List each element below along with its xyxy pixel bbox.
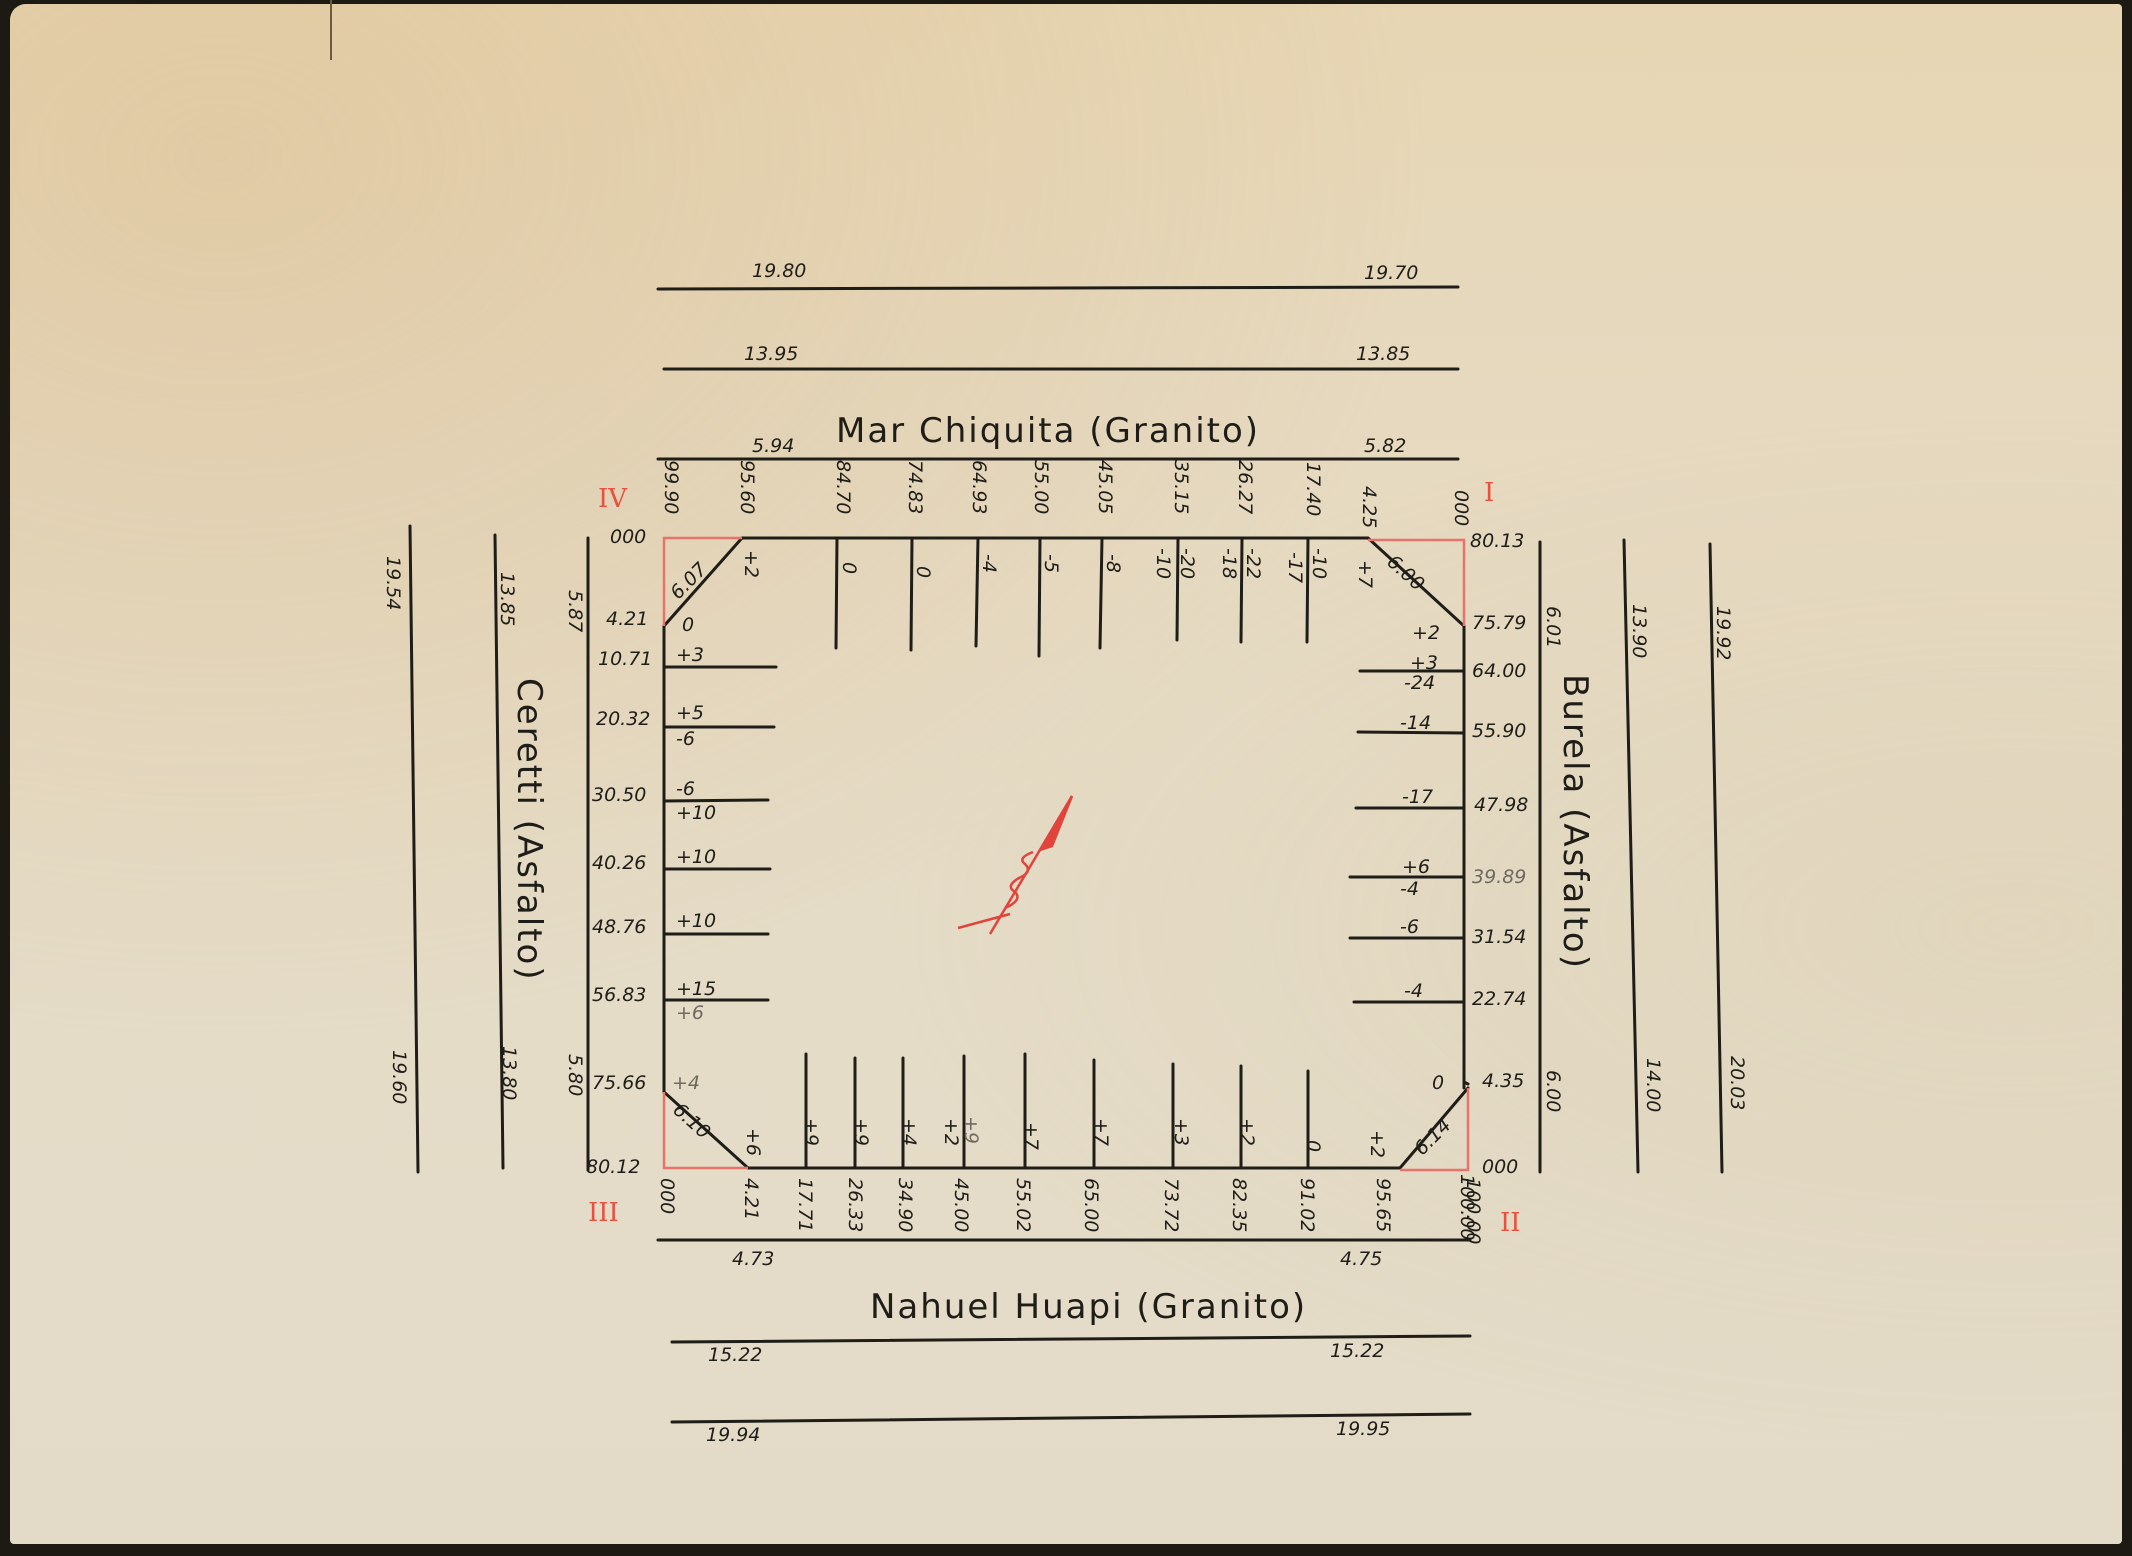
north-middle-left-value: 13.95 (744, 345, 798, 364)
east-mark: 0 (1432, 1074, 1444, 1093)
street-name-west: Ceretti (Asfalto) (512, 678, 546, 982)
street-name-south: Nahuel Huapi (Granito) (870, 1290, 1307, 1324)
east-mark: -14 (1400, 714, 1431, 733)
south-station: 45.00 (951, 1178, 970, 1232)
street-name-east: Burela (Asfalto) (1558, 674, 1592, 970)
south-station: 17.71 (795, 1178, 814, 1232)
south-mark: +6 (743, 1128, 762, 1156)
east-middle-bottom-value: 14.00 (1643, 1058, 1662, 1112)
south-mark: +7 (1021, 1122, 1040, 1150)
west-mark: -6 (676, 730, 695, 749)
east-station: 22.74 (1472, 990, 1526, 1009)
east-station: 39.89 (1472, 868, 1526, 887)
east-station: 4.35 (1482, 1072, 1524, 1091)
north-station: 4.25 (1359, 486, 1378, 528)
west-outer-bottom-value: 19.60 (389, 1050, 408, 1104)
north-outer-right-value: 19.70 (1364, 264, 1418, 283)
west-station: 48.76 (592, 918, 646, 937)
south-mark: +2 (1237, 1118, 1256, 1146)
west-mark: +4 (672, 1074, 700, 1093)
south-outer-left-value: 19.94 (706, 1426, 760, 1445)
north-station: 84.70 (833, 460, 852, 514)
south-mark: +2 (1367, 1130, 1386, 1158)
south-mark: 0 (1303, 1140, 1322, 1152)
north-station: 45.05 (1095, 460, 1114, 514)
east-inner-top-value: 6.01 (1543, 606, 1562, 648)
east-station: 64.00 (1472, 662, 1526, 681)
east-mark: +6 (1402, 858, 1430, 877)
west-station: 56.83 (592, 986, 646, 1005)
south-station: 4.21 (741, 1178, 760, 1220)
south-mark: +9 (801, 1118, 820, 1146)
corner-label-iii: III (588, 1200, 619, 1226)
south-station: 55.02 (1013, 1178, 1032, 1232)
west-mark: 0 (682, 616, 694, 635)
south-outer-right-value: 19.95 (1336, 1420, 1390, 1439)
south-mark: +7 (1091, 1118, 1110, 1146)
north-middle-right-value: 13.85 (1356, 345, 1410, 364)
south-station: 34.90 (895, 1178, 914, 1232)
west-station: 40.26 (592, 854, 646, 873)
north-station: 74.83 (905, 460, 924, 514)
south-station: 91.02 (1297, 1178, 1316, 1232)
south-mark: +9 (851, 1118, 870, 1146)
north-station: 55.00 (1031, 460, 1050, 514)
corner-iii-bottom-value: 000 (657, 1178, 676, 1214)
north-inner-right-value: 5.82 (1364, 437, 1406, 456)
east-mark: -6 (1400, 918, 1419, 937)
corner-label-ii: II (1500, 1210, 1521, 1236)
north-mark: -10 (1153, 548, 1172, 579)
east-station: 75.79 (1472, 614, 1526, 633)
west-station: 10.71 (598, 650, 652, 669)
north-station: 64.93 (969, 460, 988, 514)
south-station-end: 100.00 (1457, 1174, 1476, 1240)
north-outer-left-value: 19.80 (752, 262, 806, 281)
south-mark: +3 (1171, 1118, 1190, 1146)
north-mark: +7 (1355, 560, 1374, 588)
corner-i-side-value: 80.13 (1470, 532, 1524, 551)
north-inner-left-value: 5.94 (752, 437, 794, 456)
north-mark: +2 (741, 550, 760, 578)
north-station: 95.60 (737, 460, 756, 514)
west-outer-top-value: 19.54 (383, 556, 402, 610)
east-station: 31.54 (1472, 928, 1526, 947)
west-mark: +10 (676, 848, 716, 867)
west-station: 4.21 (606, 610, 648, 629)
east-mark: +2 (1412, 624, 1440, 643)
south-station: 82.35 (1229, 1178, 1248, 1232)
west-mark: +3 (676, 646, 704, 665)
south-inner-left-value: 4.73 (732, 1250, 774, 1269)
north-mark: 0 (913, 566, 932, 578)
street-name-north: Mar Chiquita (Granito) (836, 414, 1260, 448)
east-station: 47.98 (1474, 796, 1528, 815)
west-station: 75.66 (592, 1074, 646, 1093)
east-inner-bottom-value: 6.00 (1543, 1070, 1562, 1112)
east-mark: -4 (1400, 880, 1419, 899)
corner-label-i: I (1484, 480, 1494, 506)
north-arrow-icon (958, 796, 1072, 934)
east-mark: -17 (1402, 788, 1433, 807)
south-mark: +2 (941, 1118, 960, 1146)
west-mark: -6 (676, 780, 695, 799)
east-outer-bottom-value: 20.03 (1727, 1056, 1746, 1110)
west-outer-line (410, 526, 418, 1172)
north-mark: -22 (1243, 548, 1262, 579)
east-mark: -4 (1404, 982, 1423, 1001)
south-station: 65.00 (1081, 1178, 1100, 1232)
north-station: 99.90 (661, 460, 680, 514)
corner-iv-side-value: 000 (610, 528, 646, 547)
corner-iii-side-value: 80.12 (586, 1158, 640, 1177)
north-station: 26.27 (1235, 460, 1254, 514)
west-mark: +10 (676, 804, 716, 823)
north-mark: -4 (979, 554, 998, 573)
west-mark: +6 (676, 1004, 704, 1023)
east-middle-top-value: 13.90 (1629, 604, 1648, 658)
south-mark: +9 (961, 1116, 980, 1144)
west-station: 20.32 (596, 710, 650, 729)
north-mark: -18 (1219, 548, 1238, 579)
east-mark: +3 (1410, 654, 1438, 673)
south-middle-right-value: 15.22 (1330, 1342, 1384, 1361)
west-middle-top-value: 13.85 (497, 572, 516, 626)
south-station: 95.65 (1373, 1178, 1392, 1232)
west-mark: +5 (676, 704, 704, 723)
west-station: 30.50 (592, 786, 646, 805)
south-middle-left-value: 15.22 (708, 1346, 762, 1365)
block-outline (664, 538, 1468, 1168)
east-mark: -24 (1404, 674, 1435, 693)
north-mark: -20 (1177, 548, 1196, 579)
west-mark: +10 (676, 912, 716, 931)
north-mark: -5 (1041, 554, 1060, 573)
north-station: 35.15 (1171, 460, 1190, 514)
west-middle-bottom-value: 13.80 (499, 1046, 518, 1100)
corner-i-top-value: 000 (1451, 490, 1470, 526)
south-station: 26.33 (845, 1178, 864, 1232)
north-mark: -10 (1309, 548, 1328, 579)
south-mark: +4 (899, 1118, 918, 1146)
south-inner-right-value: 4.75 (1340, 1250, 1382, 1269)
west-mark: +15 (676, 980, 716, 999)
corner-label-iv: IV (598, 486, 627, 512)
north-station: 17.40 (1303, 462, 1322, 516)
north-mark: -8 (1103, 554, 1122, 573)
east-station: 55.90 (1472, 722, 1526, 741)
south-station: 73.72 (1161, 1178, 1180, 1232)
north-mark: -17 (1285, 552, 1304, 583)
north-mark: 0 (839, 562, 858, 574)
east-outer-top-value: 19.92 (1713, 606, 1732, 660)
north-outer-curb-line (658, 287, 1458, 289)
west-inner-top-value: 5.87 (565, 590, 584, 632)
west-inner-bottom-value: 5.80 (565, 1054, 584, 1096)
corner-ii-side-value: 000 (1482, 1158, 1518, 1177)
